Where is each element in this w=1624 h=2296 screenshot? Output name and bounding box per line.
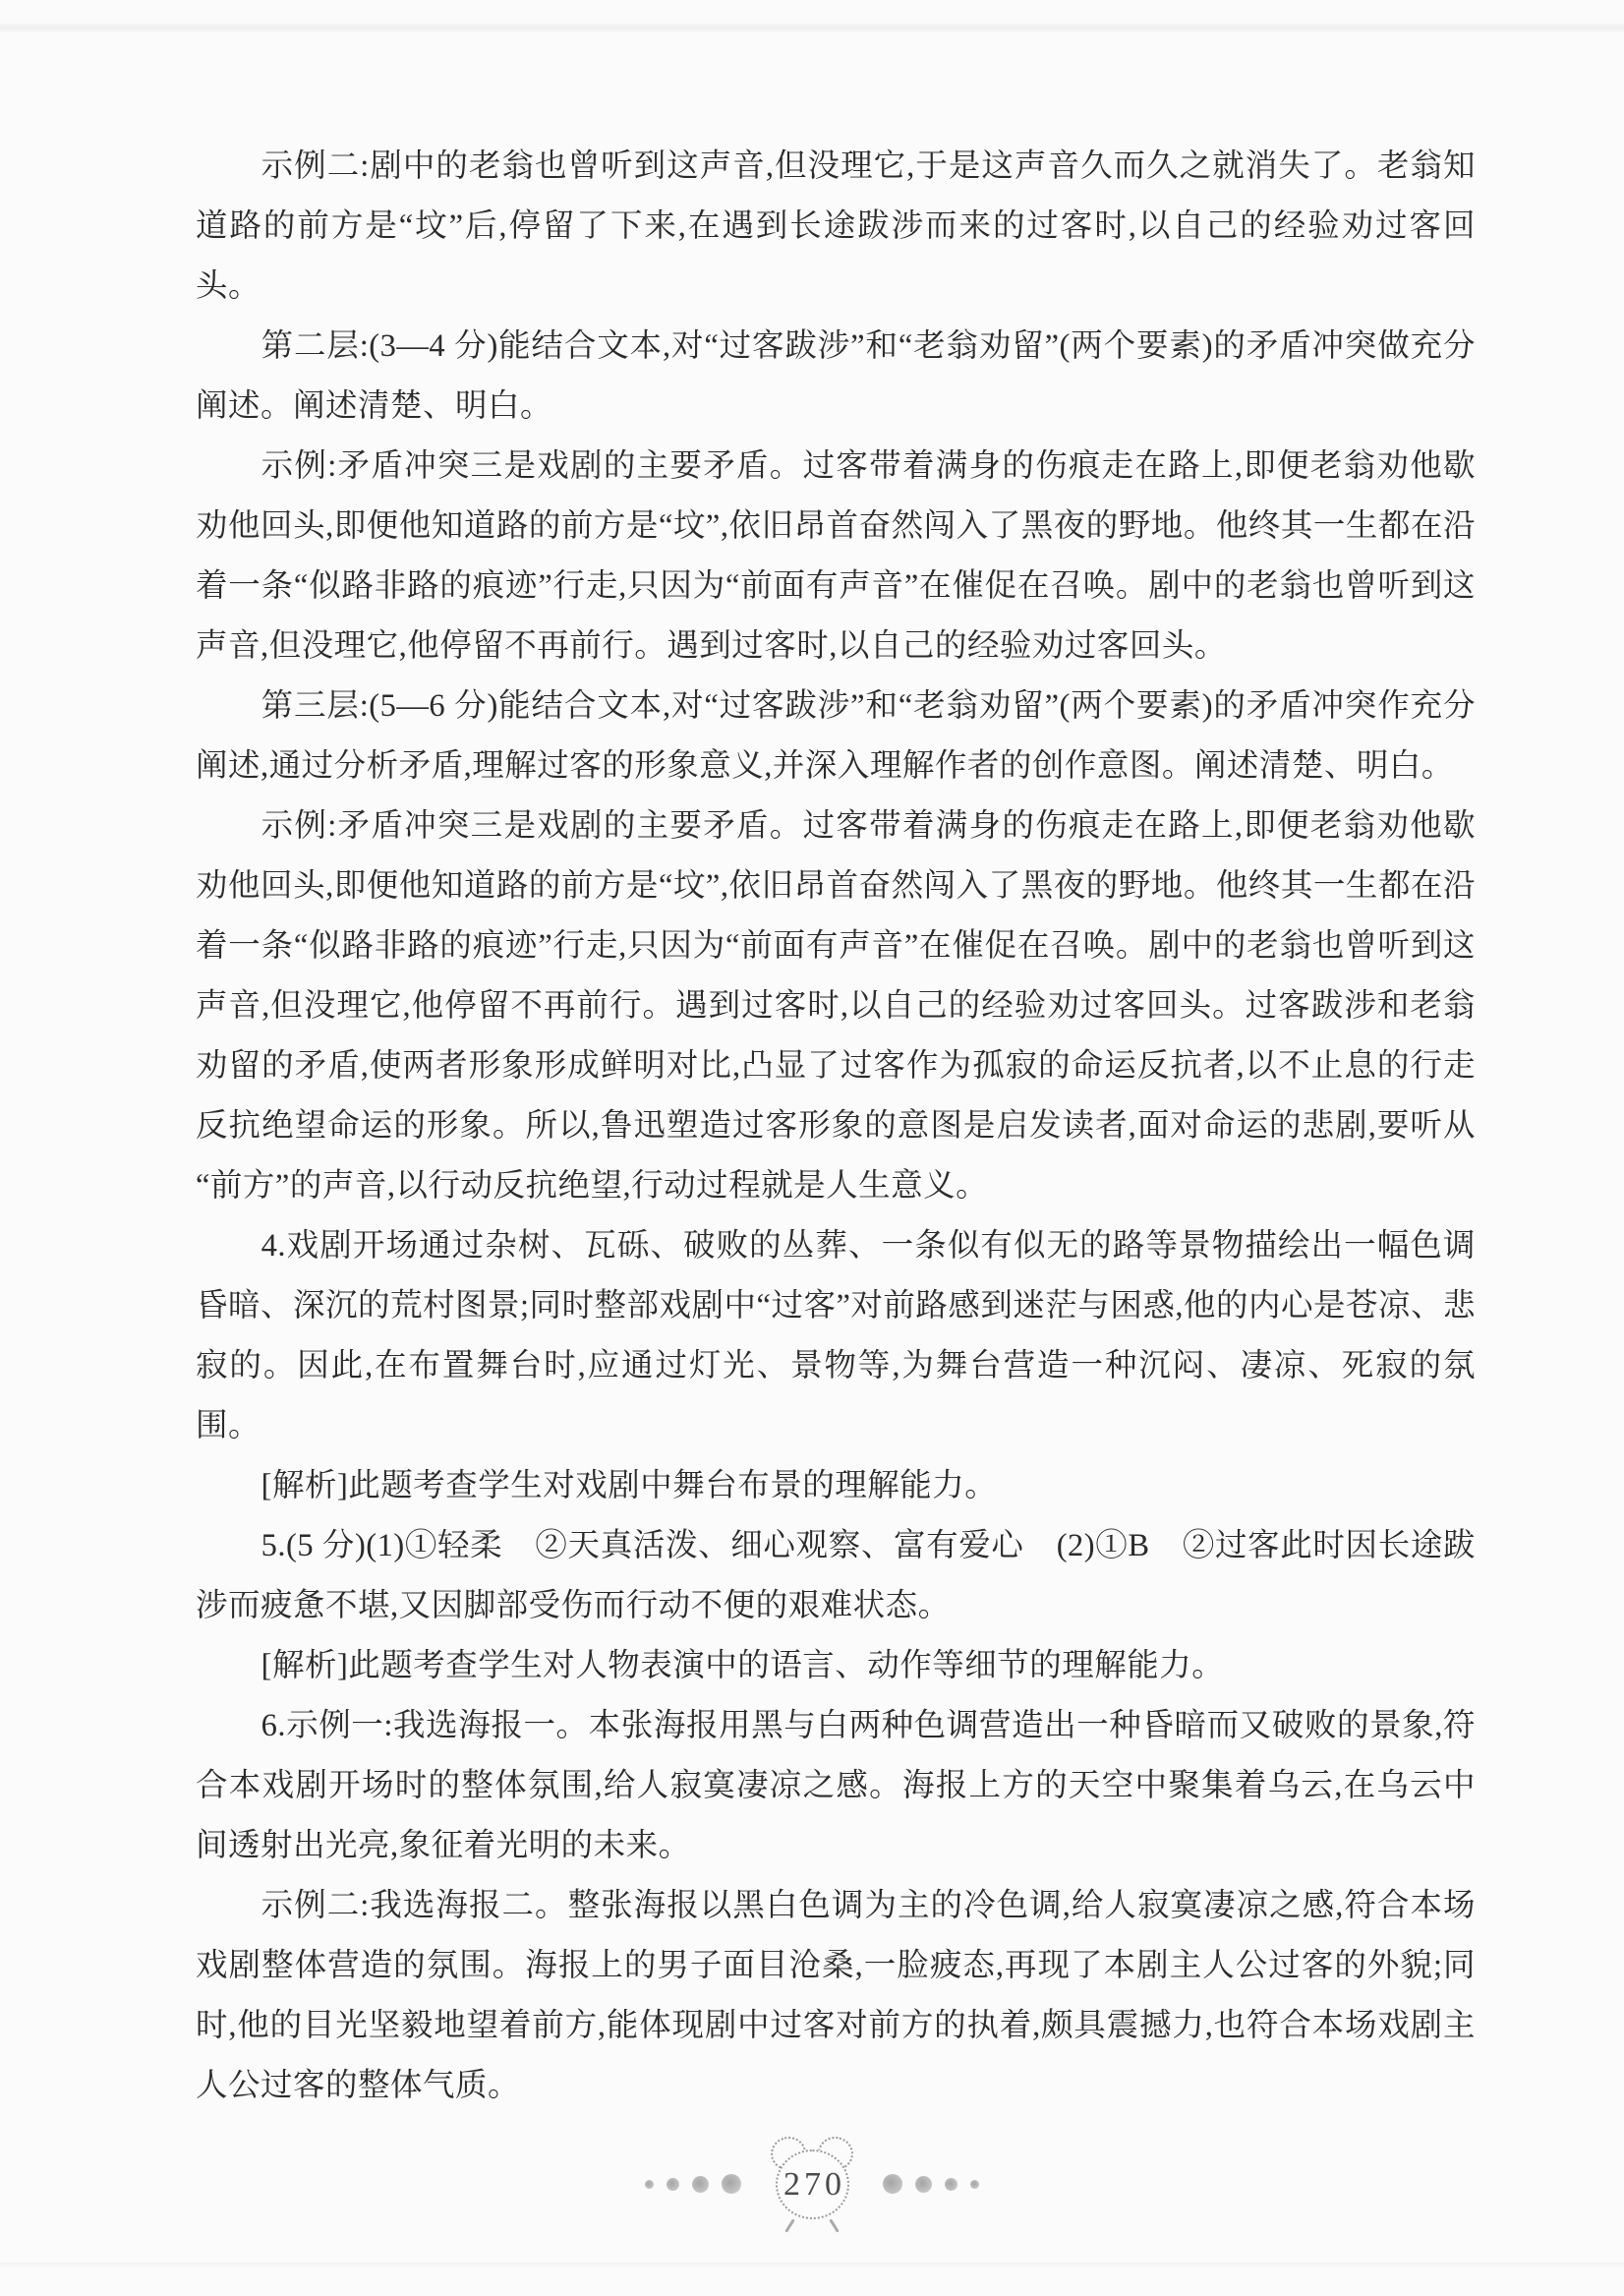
page-footer: 270 <box>0 2142 1624 2226</box>
paragraph: 第三层:(5—6 分)能结合文本,对“过客跋涉”和“老翁劝留”(两个要素)的矛盾… <box>196 677 1476 796</box>
clock-leg-left <box>784 2218 794 2232</box>
footer-dot <box>722 2174 741 2194</box>
paragraph: 5.(5 分)(1)①轻柔 ②天真活泼、细心观察、富有爱心 (2)①B ②过客此… <box>196 1516 1476 1636</box>
clock-leg-right <box>829 2218 839 2232</box>
paragraph: 第二层:(3—4 分)能结合文本,对“过客跋涉”和“老翁劝留”(两个要素)的矛盾… <box>196 317 1476 437</box>
footer-dot <box>945 2178 957 2191</box>
footer-dot <box>970 2180 979 2189</box>
page-number: 270 <box>780 2168 845 2202</box>
paragraph: 示例二:我选海报二。整张海报以黑白色调为主的冷色调,给人寂寞凄凉之感,符合本场戏… <box>196 1876 1476 2116</box>
answer-text: 示例二:剧中的老翁也曾听到这声音,但没理它,于是这声音久而久之就消失了。老翁知道… <box>196 137 1476 2116</box>
paragraph: 示例:矛盾冲突三是戏剧的主要矛盾。过客带着满身的伤痕走在路上,即便老翁劝他歇劝他… <box>196 796 1476 1216</box>
scanned-page: 示例二:剧中的老翁也曾听到这声音,但没理它,于是这声音久而久之就消失了。老翁知道… <box>0 0 1624 2296</box>
scan-edge-bottom <box>0 2263 1624 2269</box>
footer-dot <box>692 2176 709 2193</box>
footer-dot <box>645 2180 654 2189</box>
footer-dot <box>883 2174 902 2194</box>
paragraph: 示例:矛盾冲突三是戏剧的主要矛盾。过客带着满身的伤痕走在路上,即便老翁劝他歇劝他… <box>196 437 1476 677</box>
paragraph: [解析]此题考查学生对戏剧中舞台布景的理解能力。 <box>196 1456 1476 1516</box>
footer-dot <box>915 2176 932 2193</box>
paragraph: [解析]此题考查学生对人物表演中的语言、动作等细节的理解能力。 <box>196 1636 1476 1696</box>
paragraph: 6.示例一:我选海报一。本张海报用黑与白两种色调营造出一种昏暗而又破败的景象,符… <box>196 1696 1476 1876</box>
page-number-badge: 270 <box>776 2149 849 2219</box>
footer-dot <box>667 2178 679 2191</box>
scan-edge-top <box>0 24 1624 32</box>
paragraph: 4.戏剧开场通过杂树、瓦砾、破败的丛葬、一条似有似无的路等景物描绘出一幅色调昏暗… <box>196 1216 1476 1456</box>
alarm-clock-icon: 270 <box>770 2142 854 2226</box>
paragraph: 示例二:剧中的老翁也曾听到这声音,但没理它,于是这声音久而久之就消失了。老翁知道… <box>196 137 1476 317</box>
